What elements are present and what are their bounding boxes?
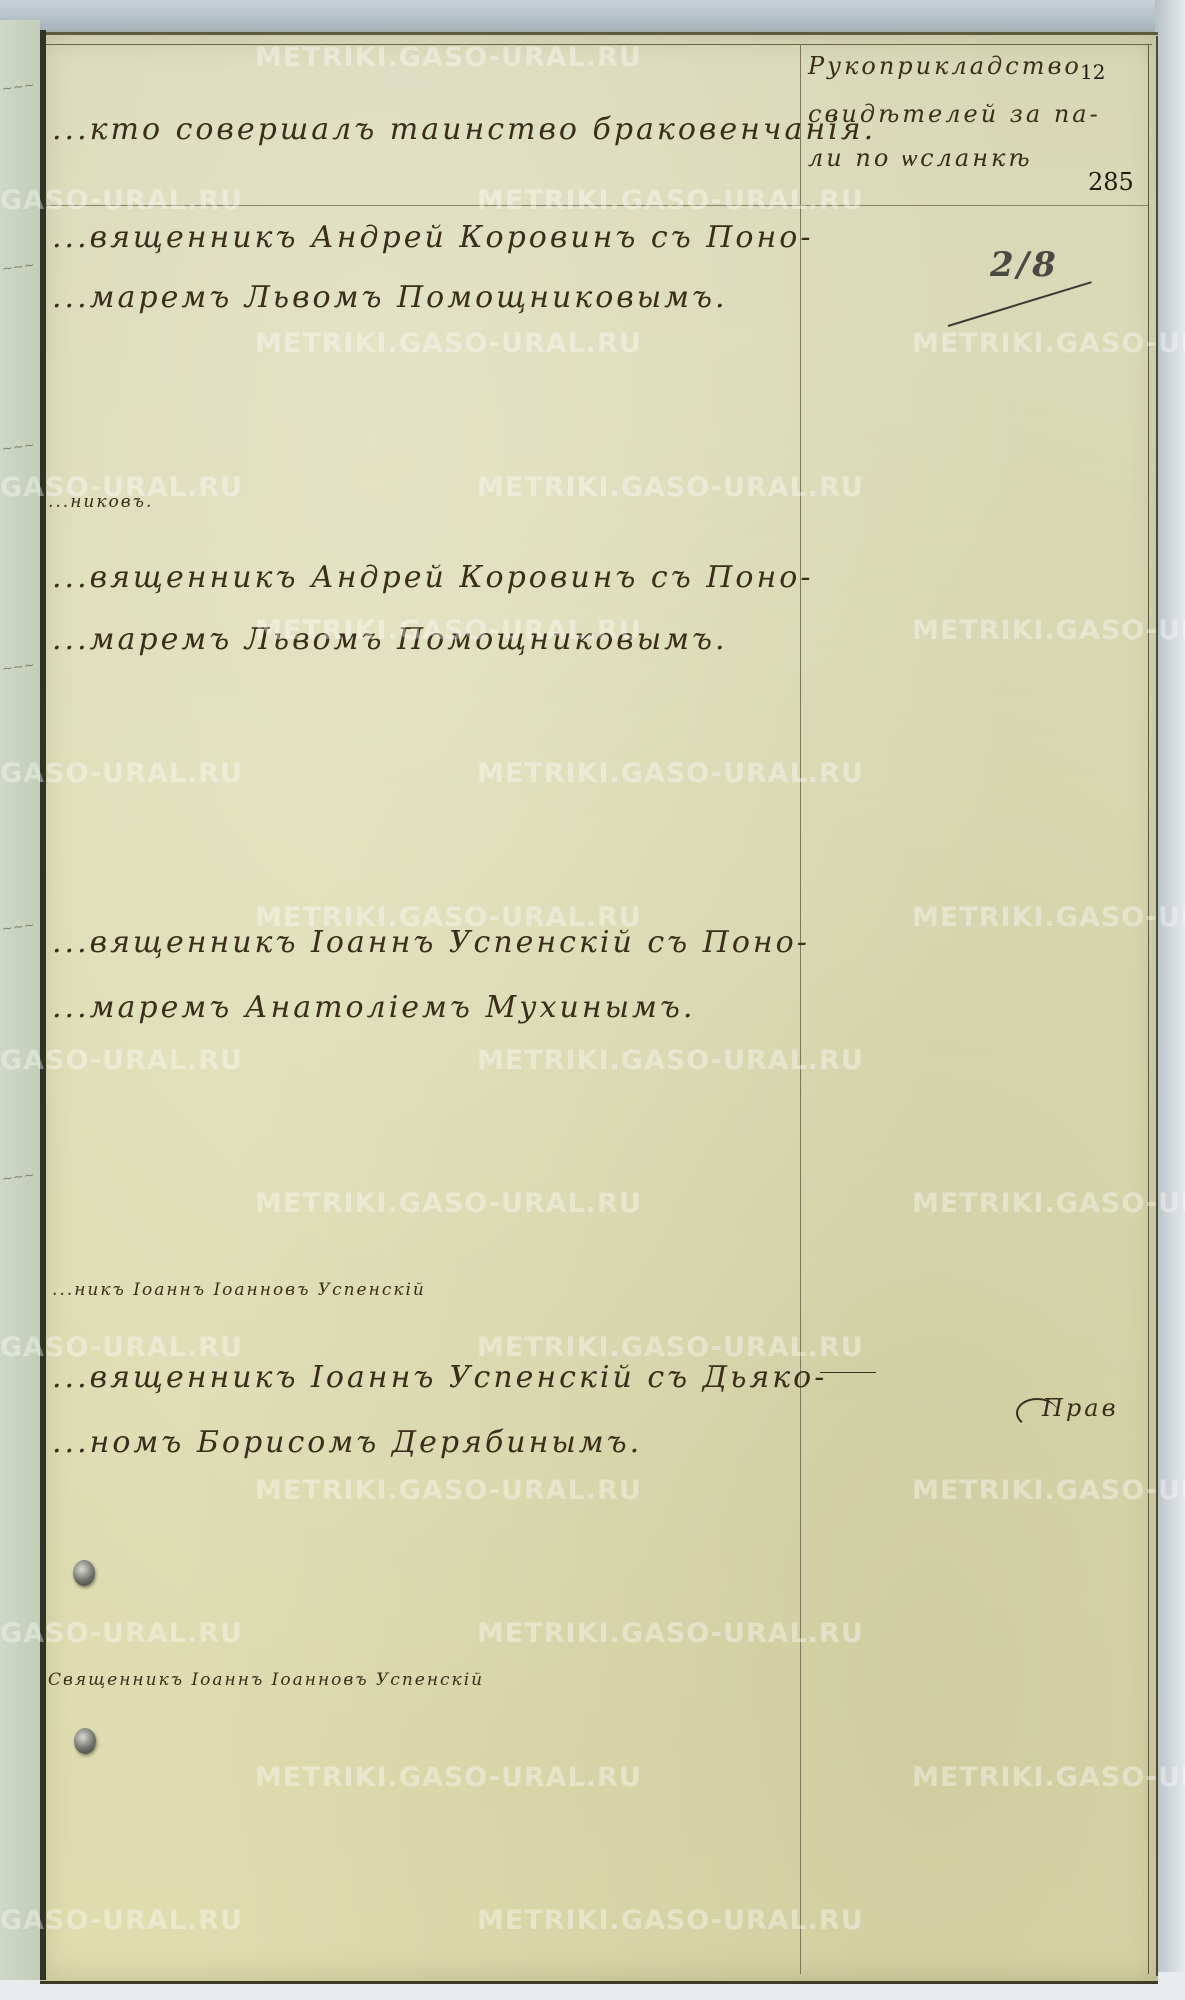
watermark: METRIKI.GASO-URAL.RU xyxy=(912,902,1185,933)
bleed-text: ~~~ xyxy=(1,78,35,97)
binding-rivet xyxy=(74,1728,96,1754)
entry-1-line-2: ...маремъ Львомъ Помощниковымъ. xyxy=(52,280,728,315)
watermark: METRIKI.GASO-URAL.RU xyxy=(477,1905,864,1936)
scan-background-right xyxy=(1155,0,1185,2000)
flourish-stroke xyxy=(1016,1398,1058,1428)
bleed-text: ~~~ xyxy=(1,918,35,937)
entry-3-line-2: ...маремъ Анатоліемъ Мухинымъ. xyxy=(52,990,695,1025)
entry-4-signature: ...никъ Іоаннъ Іоанновъ Успенскій xyxy=(52,1280,426,1300)
header-right-line-2: свидѣтелей за па- xyxy=(808,100,1101,128)
watermark: GASO-URAL.RU xyxy=(0,1905,243,1936)
watermark: METRIKI.GASO-URAL.RU xyxy=(477,472,864,503)
watermark: GASO-URAL.RU xyxy=(0,1332,243,1363)
entry-1-line-1: ...вященникъ Андрей Коровинъ съ Поно- xyxy=(52,220,813,255)
pencil-mark: 2/8 xyxy=(990,245,1059,285)
bleed-text: ~~~ xyxy=(1,658,35,677)
header-right-line-3: ли по ѡсланкѣ xyxy=(808,144,1033,173)
watermark: METRIKI.GASO-URAL.RU xyxy=(477,1618,864,1649)
watermark: METRIKI.GASO-URAL.RU xyxy=(255,328,642,359)
entry-4-line-1: ...вященникъ Іоаннъ Успенскій съ Дьяко- xyxy=(52,1360,827,1395)
page-number: 285 xyxy=(1088,168,1134,196)
watermark: GASO-URAL.RU xyxy=(0,758,243,789)
watermark: METRIKI.GASO-URAL.RU xyxy=(255,615,642,646)
watermark: METRIKI.GASO-URAL.RU xyxy=(477,1332,864,1363)
bleed-text: ~~~ xyxy=(1,438,35,457)
entry-4-line-2: ...номъ Борисомъ Дерябинымъ. xyxy=(52,1425,642,1460)
watermark: GASO-URAL.RU xyxy=(0,1045,243,1076)
header-left-text: ...кто совершалъ таинство браковенчанія. xyxy=(52,112,876,147)
watermark: GASO-URAL.RU xyxy=(0,472,243,503)
watermark: METRIKI.GASO-URAL.RU xyxy=(912,1475,1185,1506)
watermark: METRIKI.GASO-URAL.RU xyxy=(255,1475,642,1506)
watermark: METRIKI.GASO-URAL.RU xyxy=(912,1762,1185,1793)
watermark: GASO-URAL.RU xyxy=(0,1618,243,1649)
bleed-text: ~~~ xyxy=(1,1168,35,1187)
header-right-line-1: Рукоприкладство xyxy=(808,52,1082,80)
binding-spine xyxy=(40,30,46,1980)
watermark: METRIKI.GASO-URAL.RU xyxy=(477,1045,864,1076)
entry-2-line-1: ...вященникъ Андрей Коровинъ съ Поно- xyxy=(52,560,813,595)
entry-5-signature: Священникъ Іоаннъ Іоанновъ Успенскій xyxy=(48,1670,484,1690)
watermark: METRIKI.GASO-URAL.RU xyxy=(477,185,864,216)
column-divider xyxy=(800,44,801,1974)
page-edge xyxy=(1156,36,1158,1976)
watermark: METRIKI.GASO-URAL.RU xyxy=(255,1188,642,1219)
previous-page-edge: ~~~ ~~~ ~~~ ~~~ ~~~ ~~~ xyxy=(0,20,40,1980)
bleed-text: ~~~ xyxy=(1,258,35,277)
watermark: METRIKI.GASO-URAL.RU xyxy=(912,1188,1185,1219)
hyphen-stroke xyxy=(820,1372,876,1373)
watermark: METRIKI.GASO-URAL.RU xyxy=(255,42,642,73)
binding-rivet xyxy=(73,1560,95,1586)
watermark: METRIKI.GASO-URAL.RU xyxy=(477,758,864,789)
watermark: METRIKI.GASO-URAL.RU xyxy=(255,902,642,933)
watermark: METRIKI.GASO-URAL.RU xyxy=(912,615,1185,646)
folio-number: 12 xyxy=(1080,60,1105,84)
watermark: METRIKI.GASO-URAL.RU xyxy=(912,328,1185,359)
watermark: GASO-URAL.RU xyxy=(0,185,243,216)
watermark: METRIKI.GASO-URAL.RU xyxy=(255,1762,642,1793)
